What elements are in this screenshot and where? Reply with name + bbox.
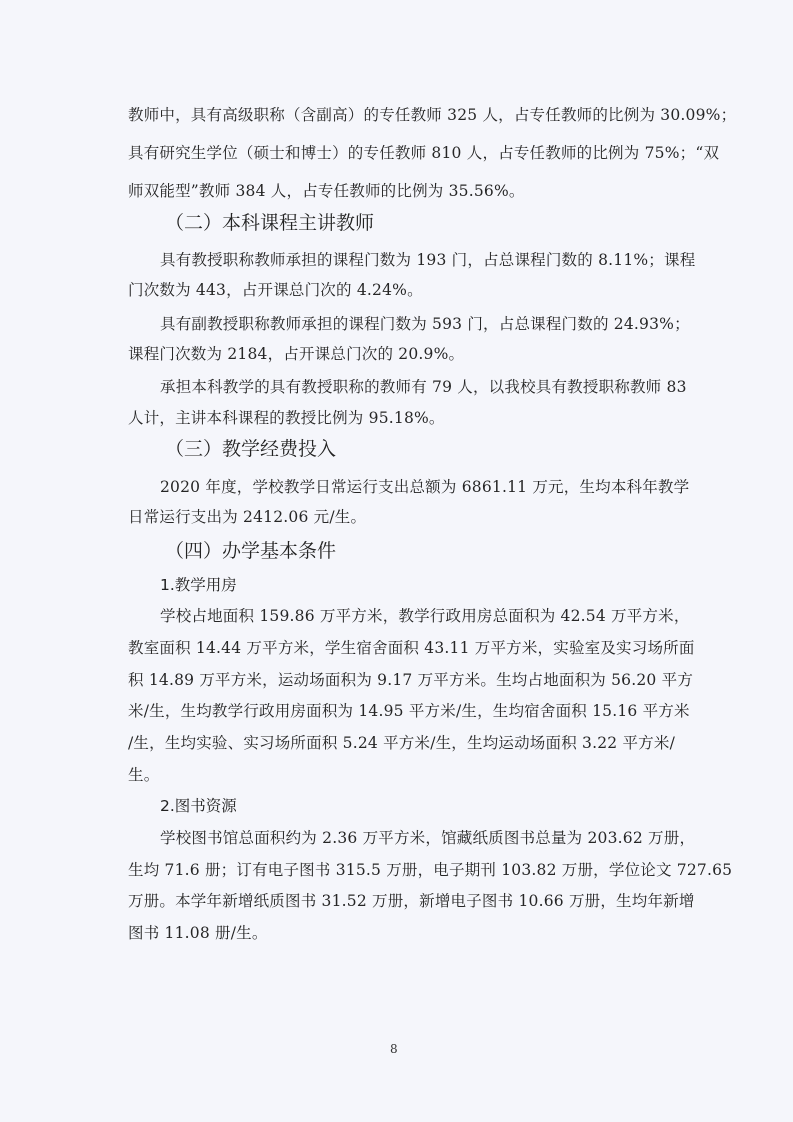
subsection-heading-library: 2.图书资源: [160, 796, 237, 816]
paragraph-line: 具有教授职称教师承担的课程门数为 193 门，占总课程门数的 8.11%；课程: [160, 250, 695, 270]
section-heading-4: （四）办学基本条件: [165, 539, 336, 563]
paragraph-line: 门次数为 443，占开课总门次的 4.24%。: [128, 280, 423, 300]
paragraph-line: 学校占地面积 159.86 万平方米，教学行政用房总面积为 42.54 万平方米…: [160, 606, 690, 626]
paragraph-line: 课程门次数为 2184，占开课总门次的 20.9%。: [128, 344, 464, 364]
page-number: 8: [390, 1042, 398, 1056]
paragraph-line: 米/生，生均教学行政用房面积为 14.95 平方米/生，生均宿舍面积 15.16…: [128, 701, 690, 721]
paragraph-line: 师双能型”教师 384 人，占专任教师的比例为 35.56%。: [128, 181, 525, 201]
paragraph-line: 生均 71.6 册；订有电子图书 315.5 万册，电子期刊 103.82 万册…: [128, 860, 732, 880]
paragraph-line: 教师中，具有高级职称（含副高）的专任教师 325 人，占专任教师的比例为 30.…: [128, 105, 736, 125]
section-heading-2: （二）本科课程主讲教师: [165, 211, 374, 235]
paragraph-line: 生。: [128, 765, 159, 785]
paragraph-line: 积 14.89 万平方米，运动场面积为 9.17 万平方米。生均占地面积为 56…: [128, 670, 693, 690]
paragraph-line: 学校图书馆总面积约为 2.36 万平方米，馆藏纸质图书总量为 203.62 万册…: [160, 828, 695, 848]
paragraph-line: 教室面积 14.44 万平方米，学生宿舍面积 43.11 万平方米，实验室及实习…: [128, 638, 695, 658]
paragraph-line: 图书 11.08 册/生。: [128, 923, 268, 943]
paragraph-line: 2020 年度，学校教学日常运行支出总额为 6861.11 万元，生均本科年教学: [160, 477, 689, 497]
paragraph-line: 具有研究生学位（硕士和博士）的专任教师 810 人，占专任教师的比例为 75%；…: [128, 143, 719, 163]
paragraph-line: 日常运行支出为 2412.06 元/生。: [128, 507, 366, 527]
document-page: 教师中，具有高级职称（含副高）的专任教师 325 人，占专任教师的比例为 30.…: [0, 0, 793, 1122]
paragraph-line: /生，生均实验、实习场所面积 5.24 平方米/生，生均运动场面积 3.22 平…: [128, 733, 675, 753]
paragraph-line: 人计，主讲本科课程的教授比例为 95.18%。: [128, 408, 445, 428]
subsection-heading-teaching-buildings: 1.教学用房: [160, 575, 237, 595]
paragraph-line: 承担本科教学的具有教授职称的教师有 79 人，以我校具有教授职称教师 83: [160, 377, 687, 397]
paragraph-line: 万册。本学年新增纸质图书 31.52 万册，新增电子图书 10.66 万册，生均…: [128, 891, 695, 911]
section-heading-3: （三）教学经费投入: [165, 437, 336, 461]
paragraph-line: 具有副教授职称教师承担的课程门数为 593 门，占总课程门数的 24.93%；: [160, 314, 690, 334]
